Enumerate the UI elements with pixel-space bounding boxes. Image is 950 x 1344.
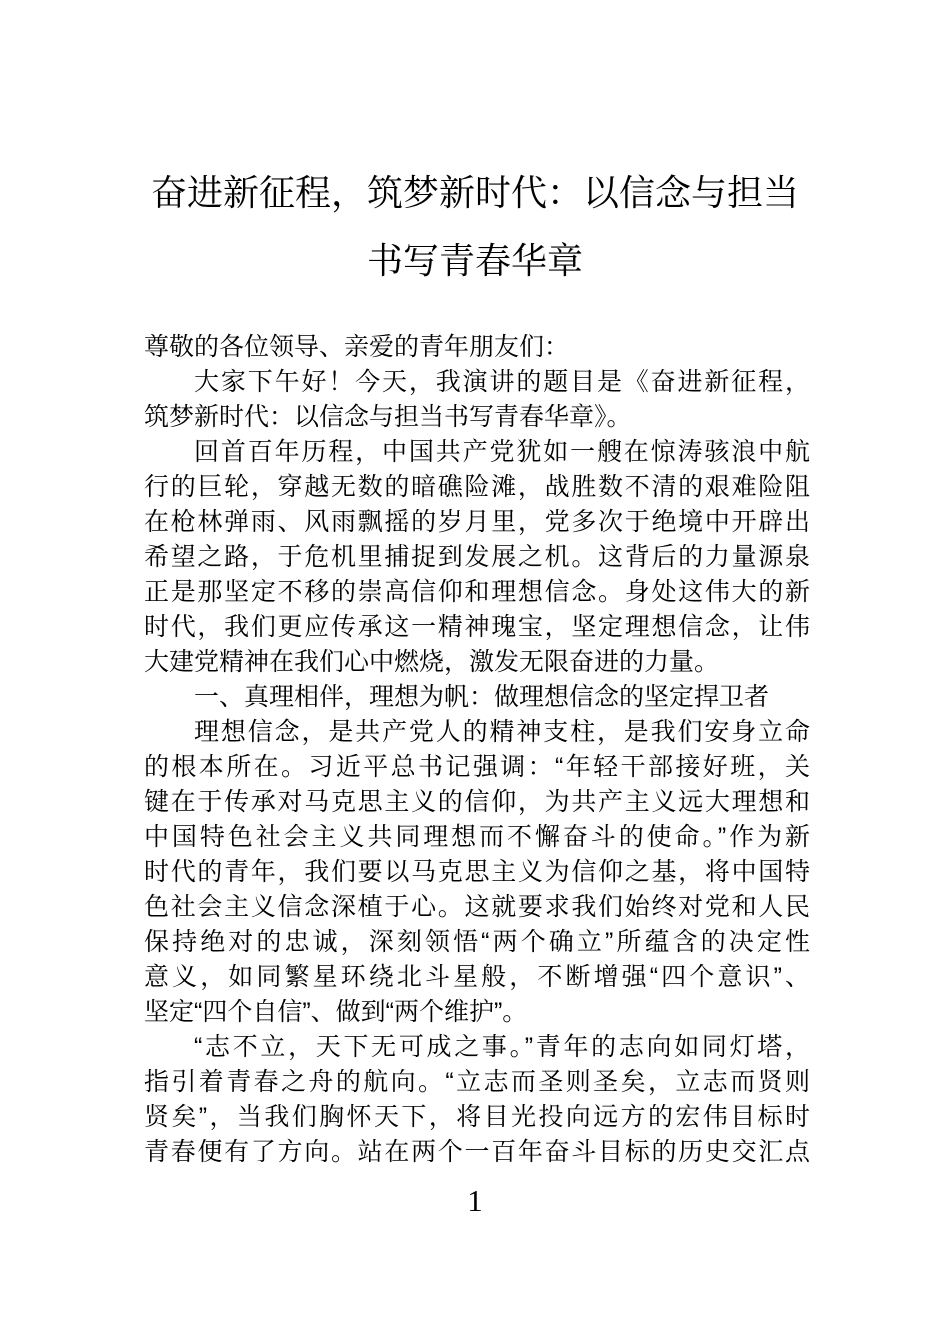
document-title-line-1: 奋进新征程，筑梦新时代：以信念与担当 — [0, 159, 950, 227]
paragraph-line: 色社会主义信念深植于心。这就要求我们始终对党和人民 — [144, 890, 810, 925]
paragraph-line: 坚定“四个自信”、做到“两个维护”。 — [144, 995, 810, 1030]
document-body: 尊敬的各位领导、亲爱的青年朋友们：大家下午好！今天，我演讲的题目是《奋进新征程，… — [144, 330, 810, 1170]
paragraph-line: 行的巨轮，穿越无数的暗礁险滩，战胜数不清的艰难险阻 — [144, 470, 810, 505]
paragraph-line: 时代的青年，我们要以马克思主义为信仰之基，将中国特 — [144, 855, 810, 890]
paragraph-line: 键在于传承对马克思主义的信仰，为共产主义远大理想和 — [144, 785, 810, 820]
paragraph-line: 意义，如同繁星环绕北斗星般，不断增强“四个意识”、 — [144, 960, 810, 995]
paragraph-line: 希望之路，于危机里捕捉到发展之机。这背后的力量源泉 — [144, 540, 810, 575]
section-heading-line: 一、真理相伴，理想为帆：做理想信念的坚定捍卫者 — [144, 680, 810, 715]
paragraph-line: 的根本所在。习近平总书记强调：“年轻干部接好班，关 — [144, 750, 810, 785]
document-title-line-2: 书写青春华章 — [0, 227, 950, 295]
paragraph-line: 保持绝对的忠诚，深刻领悟“两个确立”所蕴含的决定性 — [144, 925, 810, 960]
paragraph-line: 中国特色社会主义共同理想而不懈奋斗的使命。”作为新 — [144, 820, 810, 855]
paragraph-line: 回首百年历程，中国共产党犹如一艘在惊涛骇浪中航 — [144, 435, 810, 470]
paragraph-line: 正是那坚定不移的崇高信仰和理想信念。身处这伟大的新 — [144, 575, 810, 610]
paragraph-line: 筑梦新时代：以信念与担当书写青春华章》。 — [144, 400, 810, 435]
paragraph-line: 大建党精神在我们心中燃烧，激发无限奋进的力量。 — [144, 645, 810, 680]
page-number: 1 — [0, 1184, 950, 1218]
paragraph-line: 理想信念，是共产党人的精神支柱，是我们安身立命 — [144, 715, 810, 750]
paragraph-line: 指引着青春之舟的航向。“立志而圣则圣矣，立志而贤则 — [144, 1065, 810, 1100]
paragraph-line: 大家下午好！今天，我演讲的题目是《奋进新征程， — [144, 365, 810, 400]
document-title: 奋进新征程，筑梦新时代：以信念与担当 书写青春华章 — [0, 159, 950, 295]
paragraph-line: 贤矣”，当我们胸怀天下，将目光投向远方的宏伟目标时 — [144, 1100, 810, 1135]
paragraph-line: 青春便有了方向。站在两个一百年奋斗目标的历史交汇点 — [144, 1135, 810, 1170]
paragraph-line: “志不立，天下无可成之事。”青年的志向如同灯塔， — [144, 1030, 810, 1065]
paragraph-line: 时代，我们更应传承这一精神瑰宝，坚定理想信念，让伟 — [144, 610, 810, 645]
paragraph-line: 尊敬的各位领导、亲爱的青年朋友们： — [144, 330, 810, 365]
paragraph-line: 在枪林弹雨、风雨飘摇的岁月里，党多次于绝境中开辟出 — [144, 505, 810, 540]
document-page: 奋进新征程，筑梦新时代：以信念与担当 书写青春华章 尊敬的各位领导、亲爱的青年朋… — [0, 0, 950, 1344]
